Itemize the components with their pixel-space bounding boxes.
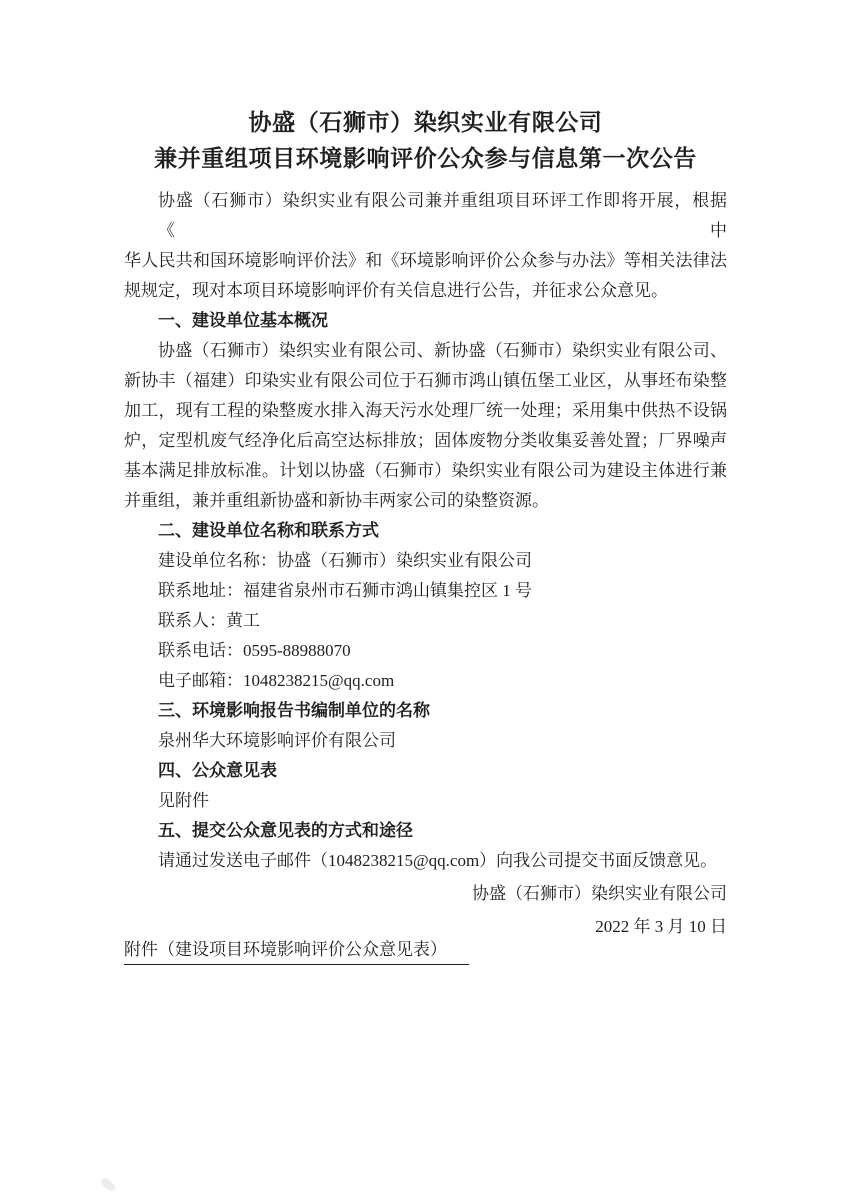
paragraph-line: 规规定，现对本项目环境影响评价有关信息进行公告，并征求公众意见。 bbox=[124, 276, 727, 306]
paragraph-line: 加工，现有工程的染整废水排入海天污水处理厂统一处理；采用集中供热不设锅 bbox=[124, 396, 727, 426]
signature-line: 协盛（石狮市）染织实业有限公司 bbox=[124, 879, 727, 909]
document-title-line-2: 兼并重组项目环境影响评价公众参与信息第一次公告 bbox=[124, 141, 727, 177]
section-heading: 二、建设单位名称和联系方式 bbox=[124, 516, 727, 546]
section-heading: 四、公众意见表 bbox=[124, 756, 727, 786]
document-page: 协盛（石狮市）染织实业有限公司 兼并重组项目环境影响评价公众参与信息第一次公告 … bbox=[0, 0, 849, 1200]
attachment-note-text: 附件（建设项目环境影响评价公众意见表） bbox=[124, 935, 469, 965]
text-line: 联系人：黄工 bbox=[124, 606, 727, 636]
text-line: 联系地址：福建省泉州市石狮市鸿山镇集控区 1 号 bbox=[124, 576, 727, 606]
section-heading: 三、环境影响报告书编制单位的名称 bbox=[124, 696, 727, 726]
paragraph-line: 协盛（石狮市）染织实业有限公司兼并重组项目环评工作即将开展，根据《中 bbox=[124, 186, 727, 246]
text-line: 电子邮箱：1048238215@qq.com bbox=[124, 666, 727, 696]
text-line: 建设单位名称：协盛（石狮市）染织实业有限公司 bbox=[124, 546, 727, 576]
paragraph-line: 华人民共和国环境影响评价法》和《环境影响评价公众参与办法》等相关法律法 bbox=[124, 246, 727, 276]
scan-smudge-artifact bbox=[99, 1176, 117, 1193]
document-title-line-1: 协盛（石狮市）染织实业有限公司 bbox=[124, 105, 727, 141]
text-line: 联系电话：0595-88988070 bbox=[124, 636, 727, 666]
document-body: 协盛（石狮市）染织实业有限公司兼并重组项目环评工作即将开展，根据《中华人民共和国… bbox=[124, 186, 727, 965]
section-heading: 五、提交公众意见表的方式和途径 bbox=[124, 816, 727, 846]
text-line: 请通过发送电子邮件（1048238215@qq.com）向我公司提交书面反馈意见… bbox=[124, 846, 727, 876]
paragraph-line: 新协丰（福建）印染实业有限公司位于石狮市鸿山镇伍堡工业区，从事坯布染整 bbox=[124, 366, 727, 396]
text-line: 泉州华大环境影响评价有限公司 bbox=[124, 726, 727, 756]
text-line: 见附件 bbox=[124, 786, 727, 816]
document-content: 协盛（石狮市）染织实业有限公司 兼并重组项目环境影响评价公众参与信息第一次公告 … bbox=[124, 105, 727, 965]
section-heading: 一、建设单位基本概况 bbox=[124, 306, 727, 336]
paragraph-line: 炉，定型机废气经净化后高空达标排放；固体废物分类收集妥善处置；厂界噪声 bbox=[124, 426, 727, 456]
paragraph-line: 基本满足排放标准。计划以协盛（石狮市）染织实业有限公司为建设主体进行兼 bbox=[124, 456, 727, 486]
paragraph-line: 并重组，兼并重组新协盛和新协丰两家公司的染整资源。 bbox=[124, 486, 727, 516]
paragraph-line: 协盛（石狮市）染织实业有限公司、新协盛（石狮市）染织实业有限公司、 bbox=[124, 336, 727, 366]
